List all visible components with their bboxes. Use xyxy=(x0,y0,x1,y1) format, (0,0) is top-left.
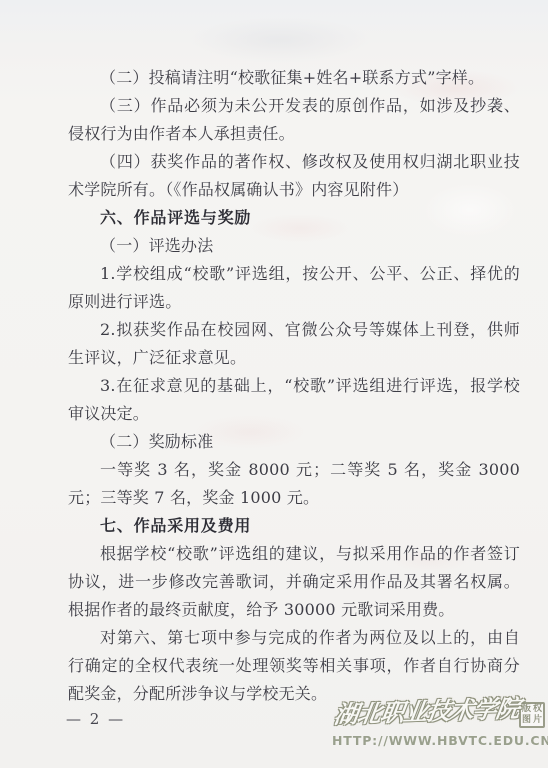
seal-char: 权 xyxy=(532,704,543,715)
clause-4-copyright: （四）获奖作品的著作权、修改权及使用权归湖北职业技术学院所有。（《作品权属确认书… xyxy=(68,148,520,204)
section-6-heading: 六、作品评选与奖励 xyxy=(68,204,520,232)
award-amounts: 一等奖 3 名，奖金 8000 元；二等奖 5 名，奖金 3000 元；三等奖 … xyxy=(68,456,520,512)
item-2-publication: 2.拟获奖作品在校园网、官微公众号等媒体上刊登，供师生评议，广泛征求意见。 xyxy=(68,316,520,372)
seal-char: 片 xyxy=(532,715,543,726)
page-number: — 2 — xyxy=(66,710,125,728)
subsection-1-selection-method: （一）评选办法 xyxy=(68,232,520,260)
watermark-copyright-seal: 版 权 图 片 xyxy=(519,702,545,728)
item-3-final-review: 3.在征求意见的基础上，“校歌”评选组进行评选，报学校审议决定。 xyxy=(68,372,520,428)
clause-3-originality: （三）作品必须为未公开发表的原创作品，如涉及抄袭、侵权行为由作者本人承担责任。 xyxy=(68,92,520,148)
clause-2-submission-format: （二）投稿请注明“校歌征集+姓名+联系方式”字样。 xyxy=(68,64,520,92)
scanned-document-page: （二）投稿请注明“校歌征集+姓名+联系方式”字样。 （三）作品必须为未公开发表的… xyxy=(0,0,548,768)
document-body: （二）投稿请注明“校歌征集+姓名+联系方式”字样。 （三）作品必须为未公开发表的… xyxy=(68,64,520,708)
adoption-fee-paragraph: 根据学校“校歌”评选组的建议，与拟采用作品的作者签订协议，进一步修改完善歌词，并… xyxy=(68,540,520,624)
seal-char: 版 xyxy=(521,704,532,715)
seal-char: 图 xyxy=(521,715,532,726)
section-7-heading: 七、作品采用及费用 xyxy=(68,512,520,540)
watermark-url: HTTP://WWW.HBVTC.EDU.CN xyxy=(332,733,548,748)
multi-author-paragraph: 对第六、第七项中参与完成的作者为两位及以上的，由自行确定的全权代表统一处理领奖等… xyxy=(68,624,520,708)
item-1-selection-group: 1.学校组成“校歌”评选组，按公开、公平、公正、择优的原则进行评选。 xyxy=(68,260,520,316)
subsection-2-award-standard: （二）奖励标准 xyxy=(68,428,520,456)
